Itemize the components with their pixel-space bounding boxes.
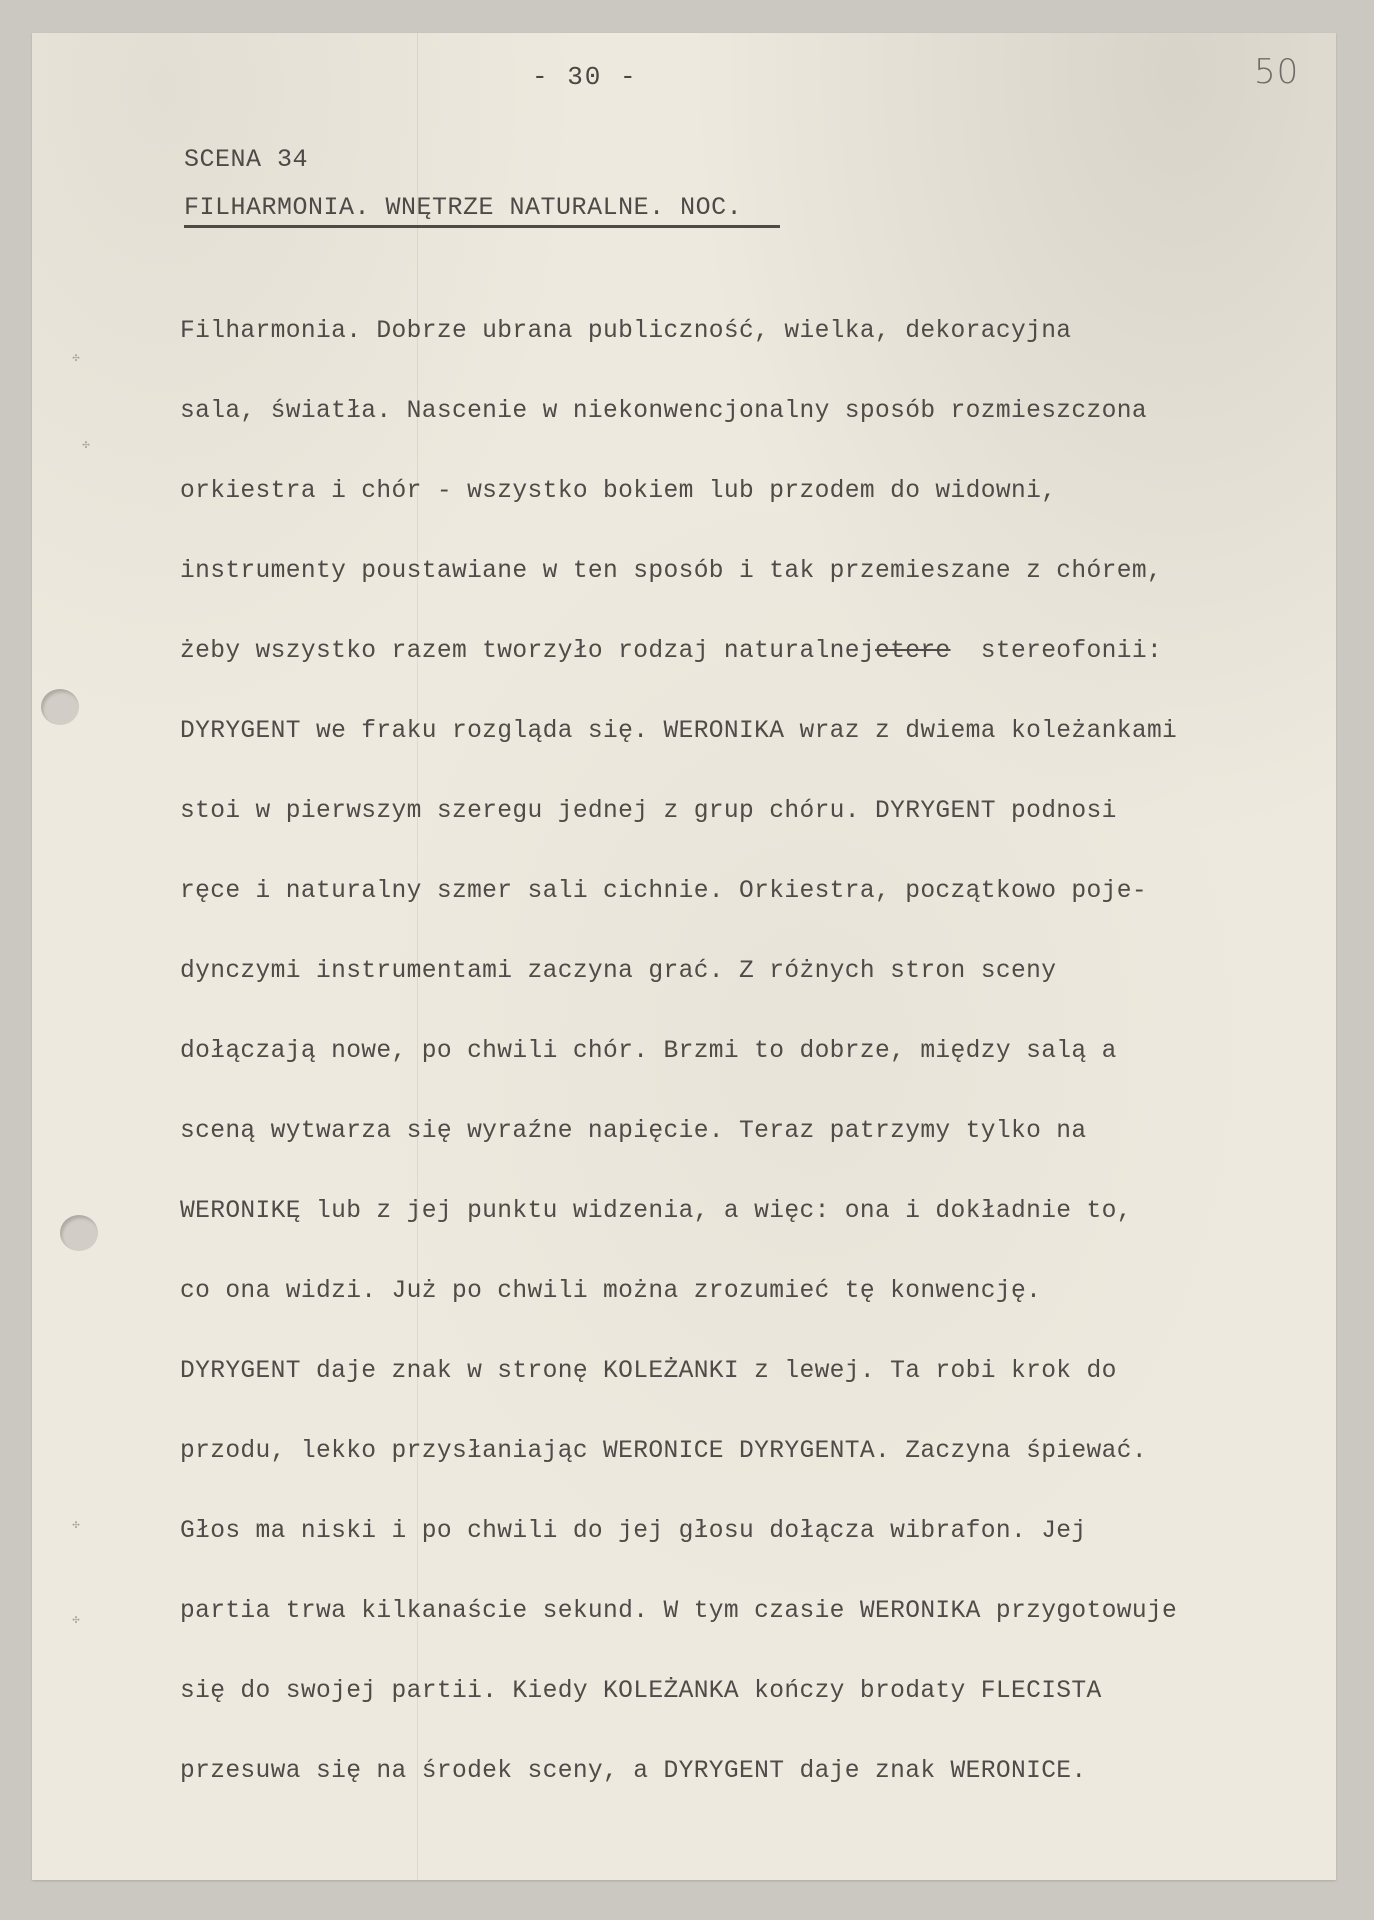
text-line: sceną wytwarza się wyraźne napięcie. Ter… xyxy=(180,1112,1290,1192)
scene-heading: SCENA 34 xyxy=(184,145,308,174)
text-segment: stereofonii: xyxy=(951,638,1163,665)
page-number: - 30 - xyxy=(532,62,638,92)
text-line: żeby wszystko razem tworzyło rodzaj natu… xyxy=(180,632,1290,712)
scene-description: Filharmonia. Dobrze ubrana publiczność, … xyxy=(180,312,1290,1832)
text-line: partia trwa kilkanaście sekund. W tym cz… xyxy=(180,1592,1290,1672)
text-line: Filharmonia. Dobrze ubrana publiczność, … xyxy=(180,312,1290,392)
archive-number-handwritten: 50 xyxy=(1254,52,1299,92)
struck-text: etere xyxy=(875,638,951,665)
text-line: DYRYGENT daje znak w stronę KOLEŻANKI z … xyxy=(180,1352,1290,1432)
staple-mark-icon: ✣ xyxy=(70,1518,82,1532)
text-segment: żeby wszystko razem tworzyło rodzaj natu… xyxy=(180,638,875,665)
text-line: Głos ma niski i po chwili do jej głosu d… xyxy=(180,1512,1290,1592)
text-line: dołączają nowe, po chwili chór. Brzmi to… xyxy=(180,1032,1290,1112)
text-line: przodu, lekko przysłaniając WERONICE DYR… xyxy=(180,1432,1290,1512)
staple-mark-icon: ✣ xyxy=(70,351,82,365)
staple-mark-icon: ✣ xyxy=(70,1613,82,1627)
text-line: stoi w pierwszym szeregu jednej z grup c… xyxy=(180,792,1290,872)
staple-mark-icon: ✣ xyxy=(80,438,92,452)
text-line: przesuwa się na środek sceny, a DYRYGENT… xyxy=(180,1752,1290,1832)
text-line: orkiestra i chór - wszystko bokiem lub p… xyxy=(180,472,1290,552)
text-line: sala, światła. Nascenie w niekonwencjona… xyxy=(180,392,1290,472)
scene-location: FILHARMONIA. WNĘTRZE NATURALNE. NOC. xyxy=(184,193,780,228)
text-line: DYRYGENT we fraku rozgląda się. WERONIKA… xyxy=(180,712,1290,792)
text-line: WERONIKĘ lub z jej punktu widzenia, a wi… xyxy=(180,1192,1290,1272)
typewritten-page: ✣ ✣ ✣ ✣ - 30 - 50 SCENA 34 FILHARMONIA. … xyxy=(32,33,1336,1880)
text-line: co ona widzi. Już po chwili można zrozum… xyxy=(180,1272,1290,1352)
punch-hole xyxy=(60,1215,98,1251)
text-line: dynczymi instrumentami zaczyna grać. Z r… xyxy=(180,952,1290,1032)
text-line: się do swojej partii. Kiedy KOLEŻANKA ko… xyxy=(180,1672,1290,1752)
text-line: instrumenty poustawiane w ten sposób i t… xyxy=(180,552,1290,632)
text-line: ręce i naturalny szmer sali cichnie. Ork… xyxy=(180,872,1290,952)
punch-hole xyxy=(41,689,79,725)
